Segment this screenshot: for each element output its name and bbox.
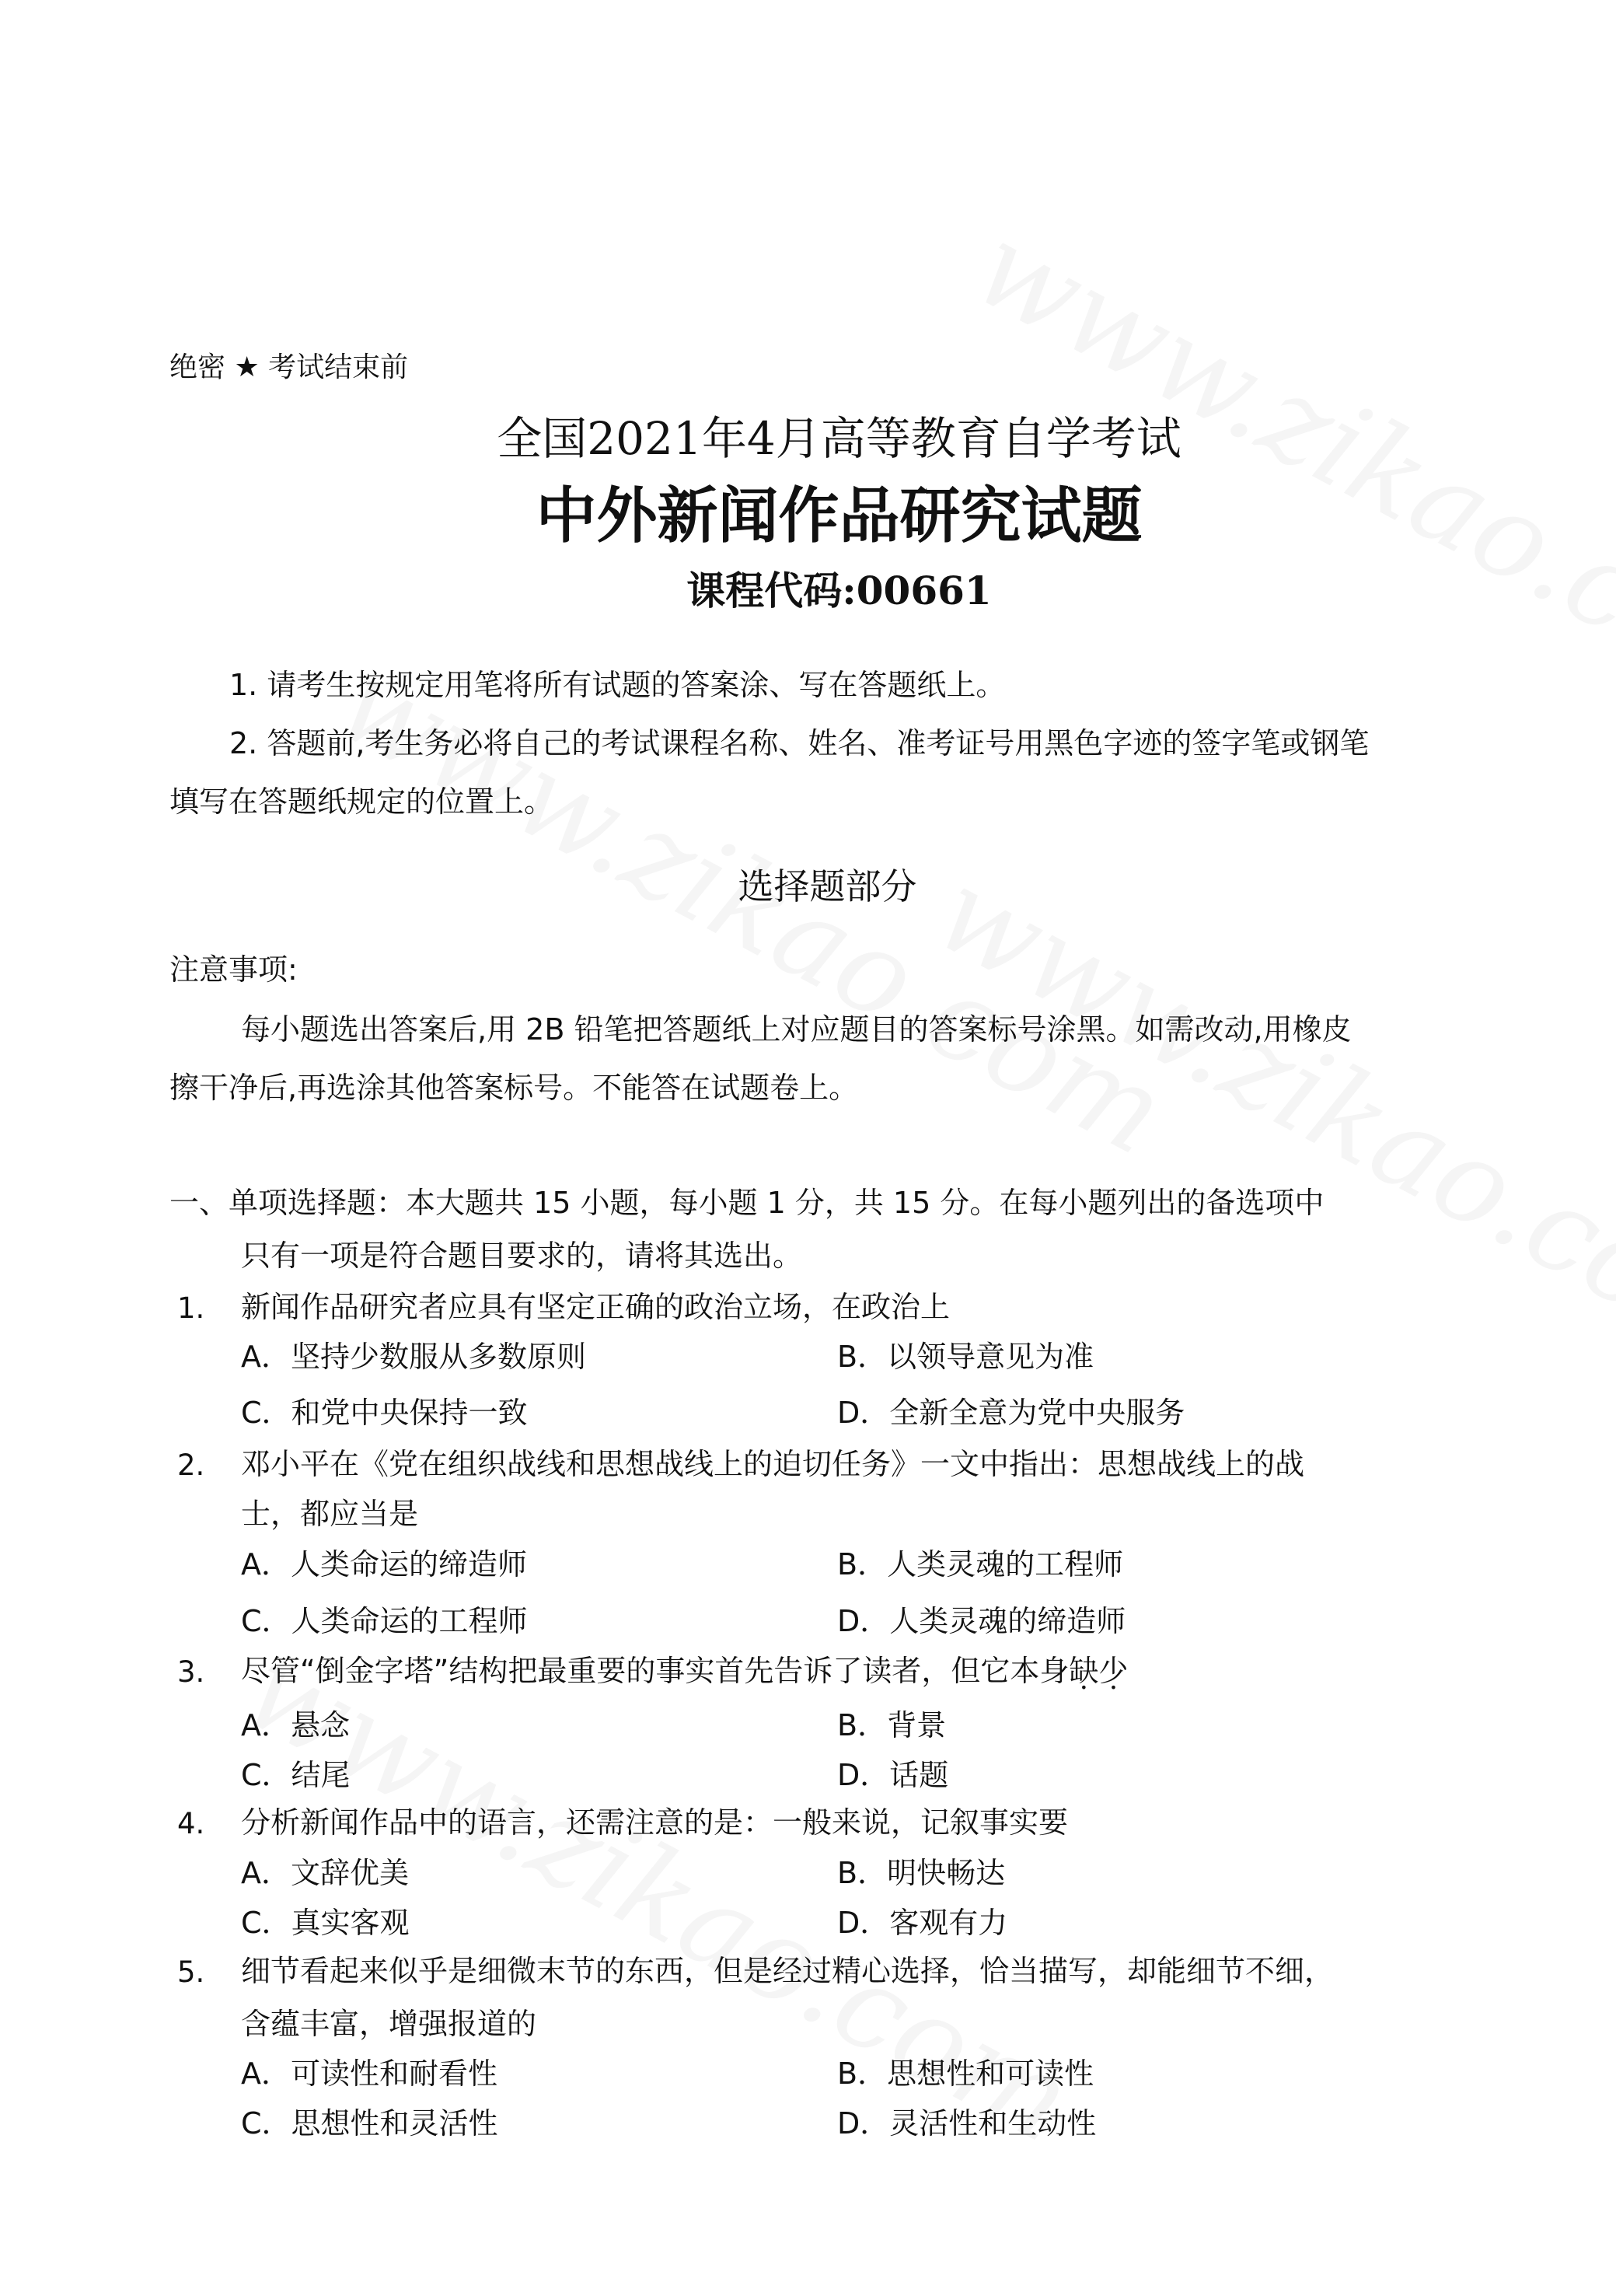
exam-title: 全国2021年4月高等教育自学考试: [0, 416, 1616, 461]
option-b: B．以领导意见为准: [837, 1342, 1094, 1372]
option-c: C．思想性和灵活性: [241, 2109, 498, 2138]
option-a: A．文辞优美: [241, 1858, 409, 1888]
option-b: B．背景: [837, 1711, 946, 1740]
notice-line-2: 擦干净后,再选涂其他答案标号。不能答在试题卷上。: [169, 1073, 858, 1103]
question-number: 1.: [177, 1294, 204, 1323]
part-title: 选择题部分: [0, 868, 1616, 904]
paper-title: 中外新闻作品研究试题: [0, 486, 1616, 547]
question-stem-text: 尽管“倒金字塔”结构把最重要的事实首先告诉了读者，但它本身: [241, 1654, 1069, 1688]
section-heading: 一、单项选择题：本大题共 15 小题，每小题 1 分，共 15 分。在每小题列出…: [169, 1188, 1324, 1218]
option-a: A．坚持少数服从多数原则: [241, 1342, 586, 1372]
emphasized-text: 缺少: [1069, 1654, 1128, 1688]
option-d: D．全新全意为党中央服务: [837, 1398, 1185, 1428]
option-c: C．人类命运的工程师: [241, 1606, 528, 1636]
question-stem: 分析新闻作品中的语言，还需注意的是：一般来说，记叙事实要: [241, 1808, 1068, 1837]
instruction-2-cont: 填写在答题纸规定的位置上。: [169, 787, 553, 816]
question-stem: 尽管“倒金字塔”结构把最重要的事实首先告诉了读者，但它本身缺少: [241, 1656, 1128, 1686]
question-stem: 细节看起来似乎是细微末节的东西，但是经过精心选择，恰当描写，却能细节不细，: [241, 1956, 1334, 1986]
option-c: C．真实客观: [241, 1908, 410, 1938]
notice-line-1: 每小题选出答案后,用 2B 铅笔把答题纸上对应题目的答案标号涂黑。如需改动,用橡…: [241, 1015, 1352, 1044]
option-b: B．人类灵魂的工程师: [837, 1550, 1123, 1579]
instruction-1: 1. 请考生按规定用笔将所有试题的答案涂、写在答题纸上。: [229, 670, 1005, 700]
option-b: B．思想性和可读性: [837, 2059, 1094, 2088]
option-a: A．人类命运的缔造师: [241, 1550, 527, 1579]
emphasized-char: 缺: [1069, 1654, 1098, 1688]
question-stem: 新闻作品研究者应具有坚定正确的政治立场，在政治上: [241, 1292, 950, 1322]
question-number: 3.: [177, 1658, 204, 1686]
option-d: D．客观有力: [837, 1908, 1007, 1938]
question-number: 4.: [177, 1809, 204, 1838]
question-number: 5.: [177, 1958, 204, 1987]
option-a: A．可读性和耐看性: [241, 2059, 497, 2088]
option-c: C．结尾: [241, 1760, 351, 1790]
confidential-notice: 绝密 ★ 考试结束前: [169, 354, 408, 382]
option-d: D．话题: [837, 1760, 948, 1790]
course-code: 课程代码:00661: [0, 571, 1616, 610]
question-stem-cont: 士，都应当是: [241, 1499, 418, 1529]
emphasized-char: 少: [1098, 1654, 1128, 1688]
option-b: B．明快畅达: [837, 1858, 1005, 1888]
question-stem: 邓小平在《党在组织战线和思想战线上的迫切任务》一文中指出：思想战线上的战: [241, 1449, 1304, 1479]
section-heading-cont: 只有一项是符合题目要求的，请将其选出。: [241, 1241, 802, 1270]
option-c: C．和党中央保持一致: [241, 1398, 528, 1428]
instruction-2: 2. 答题前,考生务必将自己的考试课程名称、姓名、准考证号用黑色字迹的签字笔或钢…: [229, 729, 1369, 758]
option-d: D．人类灵魂的缔造师: [837, 1606, 1126, 1636]
option-a: A．悬念: [241, 1711, 350, 1740]
watermark: www.zikao.com: [955, 198, 1616, 746]
watermark: www.zikao.com: [916, 844, 1616, 1392]
notice-label: 注意事项:: [169, 955, 298, 984]
question-number: 2.: [177, 1451, 204, 1480]
question-stem-cont: 含蕴丰富，增强报道的: [241, 2009, 536, 2039]
option-d: D．灵活性和生动性: [837, 2109, 1096, 2138]
